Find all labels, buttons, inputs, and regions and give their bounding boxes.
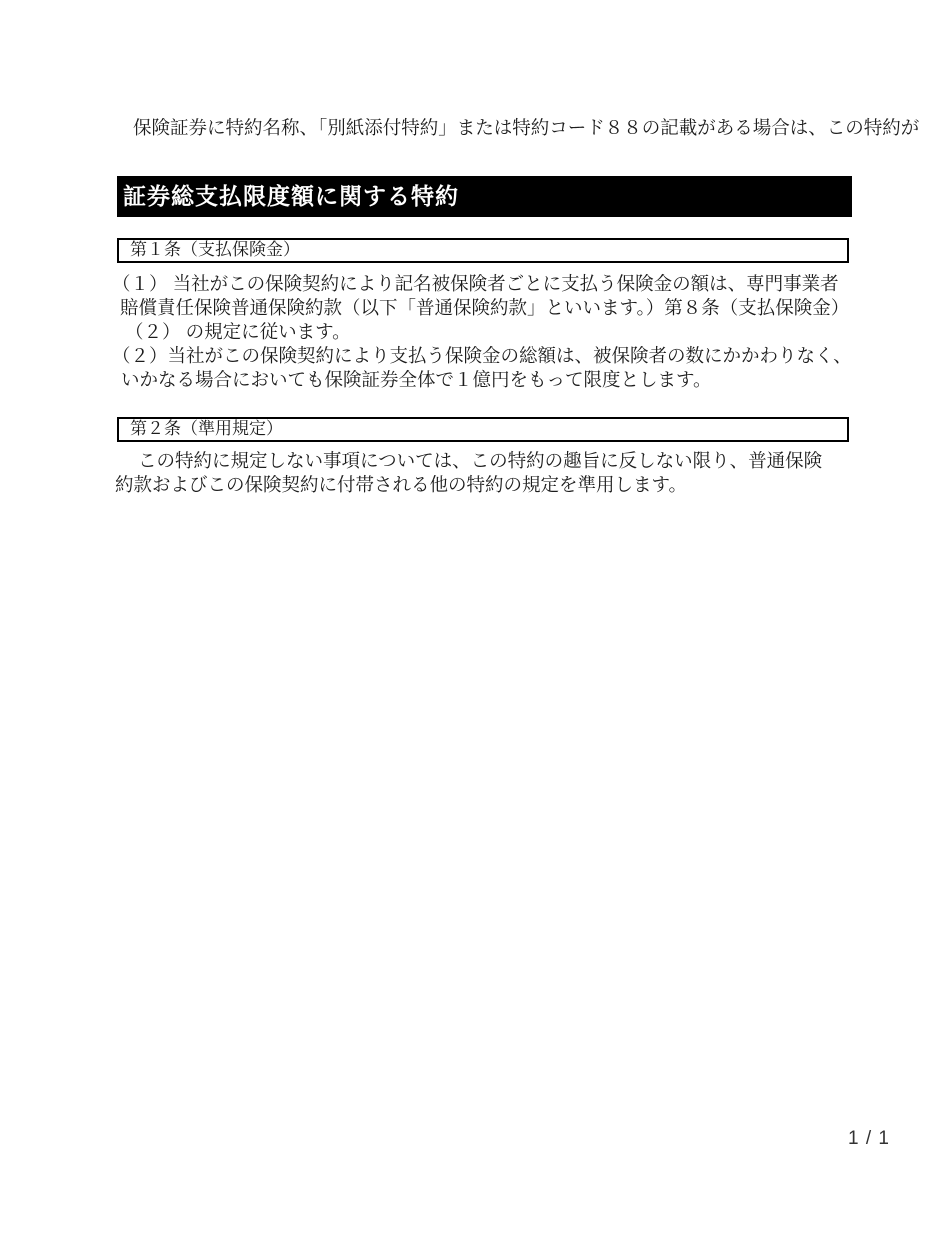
document-title: 証券総支払限度額に関する特約 <box>117 176 852 217</box>
article-1-line-5: いかなる場合においても保険証券全体で１億円をもって限度とします。 <box>121 368 860 392</box>
article-1-line-3: （２） の規定に従います。 <box>125 320 860 344</box>
intro-text: 保険証券に特約名称、「別紙添付特約」または特約コード８８の記載がある場合は、この… <box>133 116 931 140</box>
article-2-heading: 第２条（準用規定） <box>119 419 847 439</box>
article-2-line-1: この特約に規定しない事項については、この特約の趣旨に反しない限り、普通保険 <box>138 449 860 473</box>
page-number: 1 / 1 <box>848 1128 890 1150</box>
article-2-line-2: 約款およびこの保険契約に付帯される他の特約の規定を準用します。 <box>115 473 860 497</box>
article-1-heading-box: 第１条（支払保険金） <box>117 238 849 263</box>
document-page: 保険証券に特約名称、「別紙添付特約」または特約コード８８の記載がある場合は、この… <box>0 0 931 1241</box>
article-1-body: （１） 当社がこの保険契約により記名被保険者ごとに支払う保険金の額は、専門事業者… <box>112 272 860 392</box>
article-2-body: この特約に規定しない事項については、この特約の趣旨に反しない限り、普通保険 約款… <box>112 449 860 497</box>
article-1-line-2: 賠償責任保険普通保険約款（以下「普通保険約款」といいます。）第８条（支払保険金） <box>120 296 860 320</box>
article-1-line-1: （１） 当社がこの保険契約により記名被保険者ごとに支払う保険金の額は、専門事業者 <box>112 272 860 296</box>
title-bar: 証券総支払限度額に関する特約 <box>117 176 852 217</box>
article-1-line-4: （２）当社がこの保険契約により支払う保険金の総額は、被保険者の数にかかわりなく、 <box>112 344 860 368</box>
article-2-heading-box: 第２条（準用規定） <box>117 417 849 442</box>
article-1-heading: 第１条（支払保険金） <box>119 240 847 260</box>
